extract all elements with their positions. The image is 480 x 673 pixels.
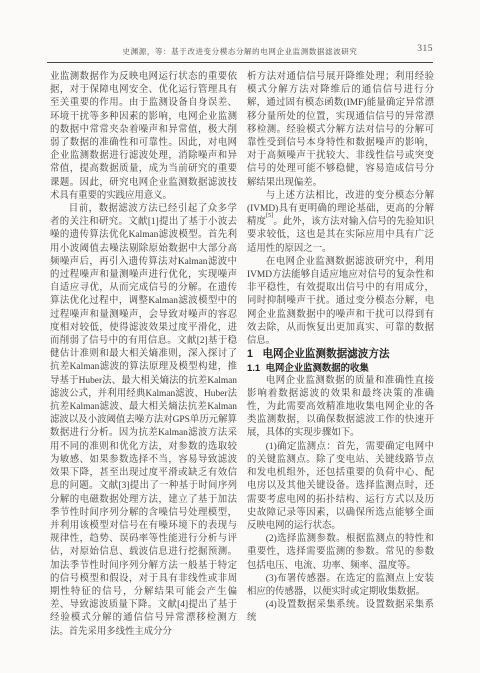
- page-number: 315: [417, 44, 433, 54]
- header-rule: [47, 62, 433, 63]
- paragraph-continuation: 业监测数据作为反映电网运行状态的重要依据，对于保障电网安全、优化运行管理具有至关…: [50, 71, 237, 203]
- paragraph-continuation: 析方法对通信信号展开降维处理；利用经验模式分解方法对降维后的通信信号进行分解，通…: [247, 71, 434, 190]
- paragraph-data-collection-intro: 电网企业监测数据的质量和准确性直接影响着数据滤波的效果和最终决策的准确性，为此需…: [247, 375, 434, 441]
- ivmd-text-after-ref: 。此外，该方法对输入信号的先验知识要求较低，这也是其在实际应用中具有广泛适用性的…: [247, 217, 434, 253]
- left-column: 业监测数据作为反映电网运行状态的重要依据，对于保障电网安全、优化运行管理具有至关…: [50, 71, 237, 639]
- paragraph-step-1: (1)确定监测点：首先，需要确定电网中的关键监测点。除了变电站、关键线路节点和发…: [247, 441, 434, 533]
- paragraph-ivmd-intro: 与上述方法相比，改进的变分模态分解(IVMD)具有更明确的理论基础，更高的分解精…: [247, 190, 434, 256]
- section-heading-1-1: 1.1电网企业监测数据的收集: [247, 361, 434, 374]
- subsection-title: 电网企业监测数据的收集: [266, 362, 369, 373]
- paragraph-step-2: (2)选择监测参数。根据监测点的特性和重要性，选择需要监测的参数。常见的参数包括…: [247, 533, 434, 573]
- page-header: 史渊源，等：基于改进变分模态分解的电网企业监测数据滤波研究 315: [47, 46, 433, 60]
- paragraph-literature-review: 目前，数据滤波方法已经引起了众多学者的关注和研究。文献[1]提出了基于小波去噪的…: [50, 203, 237, 639]
- paragraph-ivmd-application: 在电网企业监测数据滤波研究中，利用IVMD方法能够自适应地应对信号的复杂性和非平…: [247, 256, 434, 348]
- citation-ref-5: [5]: [266, 212, 273, 219]
- paper-page: 史渊源，等：基于改进变分模态分解的电网企业监测数据滤波研究 315 业监测数据作…: [0, 0, 480, 673]
- section-heading-1: 1电网企业监测数据滤波方法: [247, 348, 434, 361]
- paragraph-step-3: (3)布署传感器。在选定的监测点上安装相应的传感器，以便实时或定期收集数据。: [247, 573, 434, 599]
- section-title: 电网企业监测数据滤波方法: [262, 348, 389, 360]
- running-title: 史渊源，等：基于改进变分模态分解的电网企业监测数据滤波研究: [47, 46, 433, 57]
- right-column: 析方法对通信信号展开降维处理；利用经验模式分解方法对降维后的通信信号进行分解，通…: [247, 71, 434, 639]
- section-number: 1: [247, 348, 253, 360]
- article-body: 业监测数据作为反映电网运行状态的重要依据，对于保障电网安全、优化运行管理具有至关…: [50, 71, 434, 639]
- paragraph-step-4: (4)设置数据采集系统。设置数据采集系统: [247, 599, 434, 625]
- subsection-number: 1.1: [247, 362, 260, 373]
